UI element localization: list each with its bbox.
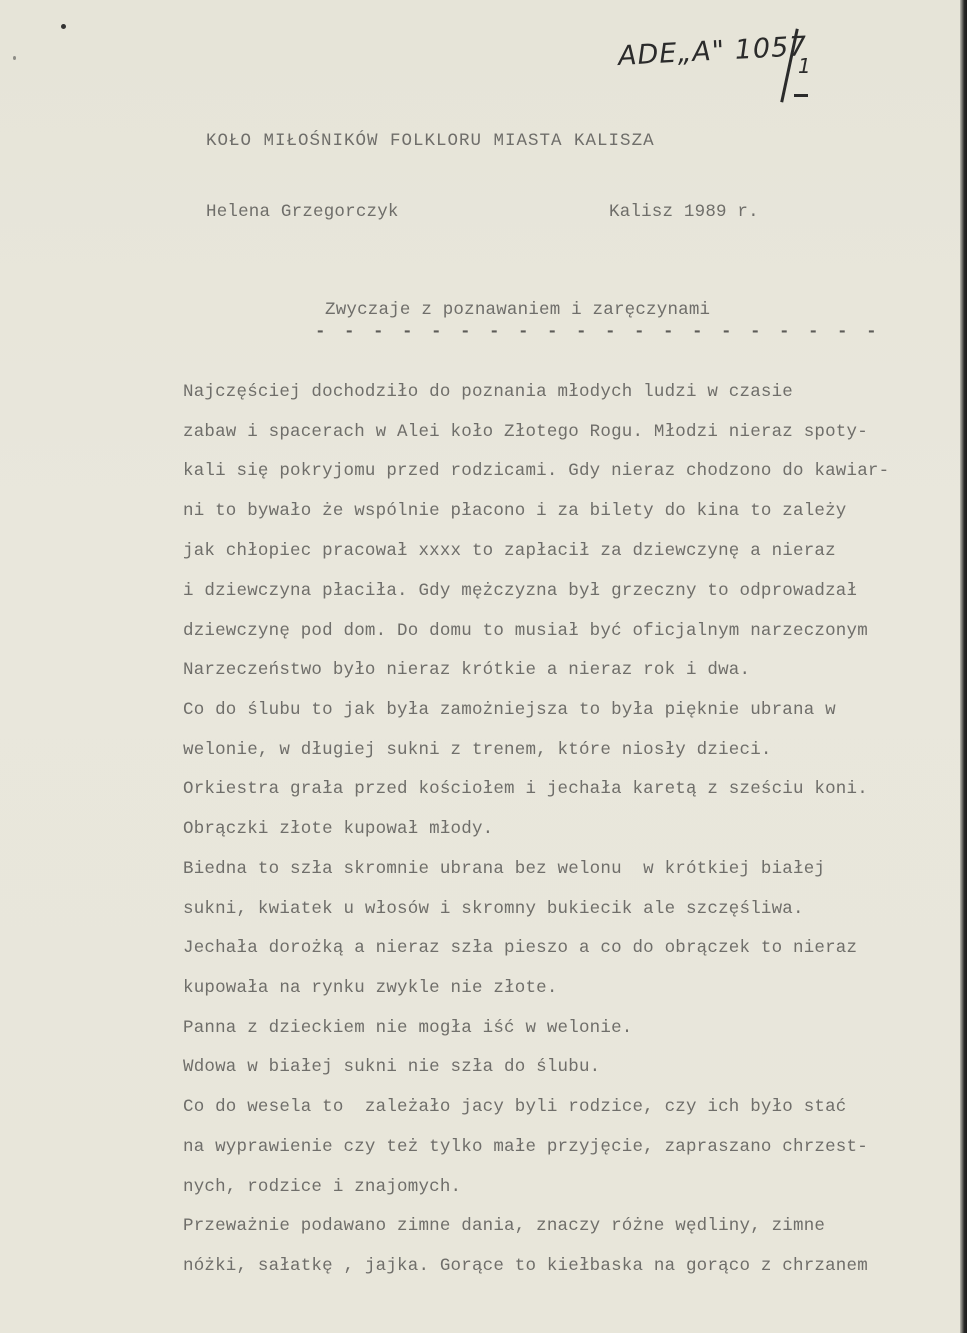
archive-sub-number: 1 <box>798 54 811 78</box>
body-line: nych, rodzice i znajomych. <box>183 1177 461 1197</box>
title-underline: - - - - - - - - - - - - - - - - - - - - <box>315 322 881 342</box>
place-date: Kalisz 1989 r. <box>609 202 759 222</box>
underline-mark <box>794 94 808 97</box>
organization-heading: KOŁO MIŁOŚNIKÓW FOLKLORU MIASTA KALISZA <box>206 131 655 151</box>
body-line: Narzeczeństwo było nieraz krótkie a nier… <box>183 660 750 680</box>
body-line: Panna z dzieckiem nie mogła iść w weloni… <box>183 1018 632 1038</box>
document-page: ADE„A" 1057 1 KOŁO MIŁOŚNIKÓW FOLKLORU M… <box>0 0 960 1333</box>
slash-mark <box>780 29 799 103</box>
body-line: Jechała dorożką a nieraz szła pieszo a c… <box>183 938 857 958</box>
body-line: dziewczynę pod dom. Do domu to musiał by… <box>183 621 868 641</box>
body-line: welonie, w długiej sukni z trenem, które… <box>183 740 772 760</box>
paper-speck <box>61 24 66 29</box>
scan-edge <box>960 0 967 1333</box>
paper-speck <box>13 56 16 60</box>
body-line: nóżki, sałatkę , jajka. Gorące to kiełba… <box>183 1256 868 1276</box>
body-line: kupowała na rynku zwykle nie złote. <box>183 978 558 998</box>
body-line: jak chłopiec pracował xxxx to zapłacił z… <box>183 541 836 561</box>
body-line: i dziewczyna płaciła. Gdy mężczyzna był … <box>183 581 857 601</box>
body-line: sukni, kwiatek u włosów i skromny bukiec… <box>183 899 804 919</box>
body-line: Co do ślubu to jak była zamożniejsza to … <box>183 700 836 720</box>
author-name: Helena Grzegorczyk <box>206 202 399 222</box>
body-line: Orkiestra grała przed kościołem i jechał… <box>183 779 868 799</box>
body-line: zabaw i spacerach w Alei koło Złotego Ro… <box>183 422 868 442</box>
body-line: Wdowa w białej sukni nie szła do ślubu. <box>183 1057 600 1077</box>
body-line: Obrączki złote kupował młody. <box>183 819 493 839</box>
body-line: na wyprawienie czy też tylko małe przyję… <box>183 1137 868 1157</box>
body-line: Biedna to szła skromnie ubrana bez welon… <box>183 859 825 879</box>
body-line: Najczęściej dochodziło do poznania młody… <box>183 382 793 402</box>
body-line: Co do wesela to zależało jacy byli rodzi… <box>183 1097 847 1117</box>
body-line: ni to bywało że wspólnie płacono i za bi… <box>183 501 847 521</box>
body-line: kali się pokryjomu przed rodzicami. Gdy … <box>183 461 889 481</box>
archive-mark-subnumber: 1 <box>780 28 820 108</box>
body-line: Przeważnie podawano zimne dania, znaczy … <box>183 1216 825 1236</box>
document-title: Zwyczaje z poznawaniem i zaręczynami <box>325 300 710 320</box>
